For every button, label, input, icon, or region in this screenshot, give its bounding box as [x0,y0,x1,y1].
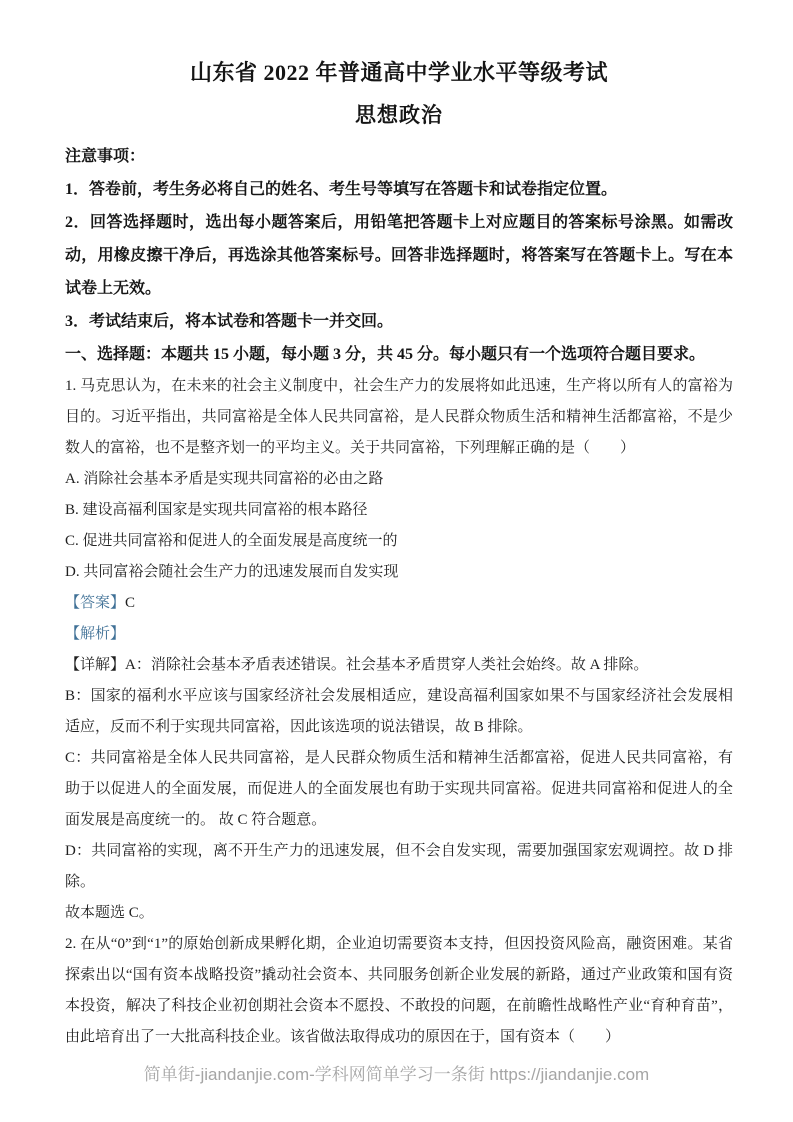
answer-value: C [125,595,135,611]
notice-heading: 注意事项： [65,140,733,173]
question-1-stem: 1. 马克思认为，在未来的社会主义制度中，社会生产力的发展将如此迅速，生产将以所… [65,371,733,464]
detail-conclusion: 故本题选 C。 [65,898,733,929]
detail-paragraph-b: B：国家的福利水平应该与国家经济社会发展相适应，建设高福利国家如果不与国家经济社… [65,681,733,743]
section-heading-choice-questions: 一、选择题：本题共 15 小题，每小题 3 分，共 45 分。每小题只有一个选项… [65,338,733,371]
question-2-stem: 2. 在从“0”到“1”的原始创新成果孵化期，企业迫切需要资本支持，但因投资风险… [65,929,733,1053]
detail-paragraph-d: D：共同富裕的实现，离不开生产力的迅速发展，但不会自发实现，需要加强国家宏观调控… [65,836,733,898]
notice-item-2: 2．回答选择题时，选出每小题答案后，用铅笔把答题卡上对应题目的答案标号涂黑。如需… [65,206,733,305]
exam-document-page: 山东省 2022 年普通高中学业水平等级考试 思想政治 注意事项： 1．答卷前，… [0,0,793,1122]
notice-item-3: 3．考试结束后，将本试卷和答题卡一并交回。 [65,305,733,338]
notice-item-1: 1．答卷前，考生务必将自己的姓名、考生号等填写在答题卡和试卷指定位置。 [65,173,733,206]
question-1-option-a: A. 消除社会基本矛盾是实现共同富裕的必由之路 [65,464,733,495]
question-1-option-b: B. 建设高福利国家是实现共同富裕的根本路径 [65,495,733,526]
analysis-line: 【解析】 [65,619,733,650]
question-1-option-c: C. 促进共同富裕和促进人的全面发展是高度统一的 [65,526,733,557]
page-title: 山东省 2022 年普通高中学业水平等级考试 [65,54,733,92]
document-content: 山东省 2022 年普通高中学业水平等级考试 思想政治 注意事项： 1．答卷前，… [0,0,793,1053]
analysis-label: 【解析】 [65,626,125,642]
detail-paragraph-c: C：共同富裕是全体人民共同富裕，是人民群众物质生活和精神生活都富裕，促进人民共同… [65,743,733,836]
page-subtitle: 思想政治 [65,98,733,132]
question-1-option-d: D. 共同富裕会随社会生产力的迅速发展而自发实现 [65,557,733,588]
detail-paragraph-a: 【详解】A：消除社会基本矛盾表述错误。社会基本矛盾贯穿人类社会始终。故 A 排除… [65,650,733,681]
footer-watermark: 简单街-jiandanjie.com-学科网简单学习一条街 https://ji… [0,1060,793,1085]
answer-line: 【答案】C [65,588,733,619]
answer-label: 【答案】 [65,595,125,611]
